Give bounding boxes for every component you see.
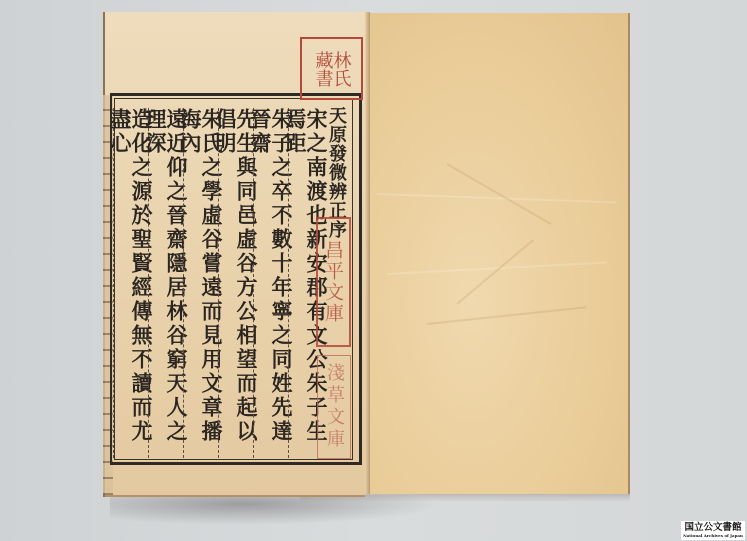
text-column: 遠近仰之晉齋隱居林谷窮天人之理深: [148, 108, 183, 458]
right-page-blank: [367, 13, 630, 494]
seal-top-ownership: 林氏藏書: [300, 37, 363, 100]
paper-crease: [427, 306, 586, 325]
seal-library-long: 昌平文庫: [316, 217, 351, 347]
paper-crease: [447, 163, 552, 225]
archive-watermark-logo: 国立公文書館 National Archives of Japan: [681, 521, 745, 540]
text-columns: 宋之南渡也新安郡有文公朱子生焉距 朱子之卒不數十年寧之同姓先達晉齋 先生與同邑虛…: [113, 108, 323, 458]
logo-english: National Archives of Japan: [683, 534, 743, 538]
text-column: 先生與同邑虛谷方公相望而起以倡明: [218, 108, 253, 458]
text-column: 造化之源於聖賢經傳無不讀而尤盡心: [113, 108, 148, 458]
paper-crease: [456, 239, 534, 305]
text-column: 朱氏之學虛谷嘗遠而見用文章播海內: [183, 108, 218, 458]
text-column: 朱子之卒不數十年寧之同姓先達晉齋: [253, 108, 288, 458]
logo-japanese: 国立公文書館: [684, 523, 741, 533]
seal-library-square: 淺草文庫: [317, 355, 351, 459]
